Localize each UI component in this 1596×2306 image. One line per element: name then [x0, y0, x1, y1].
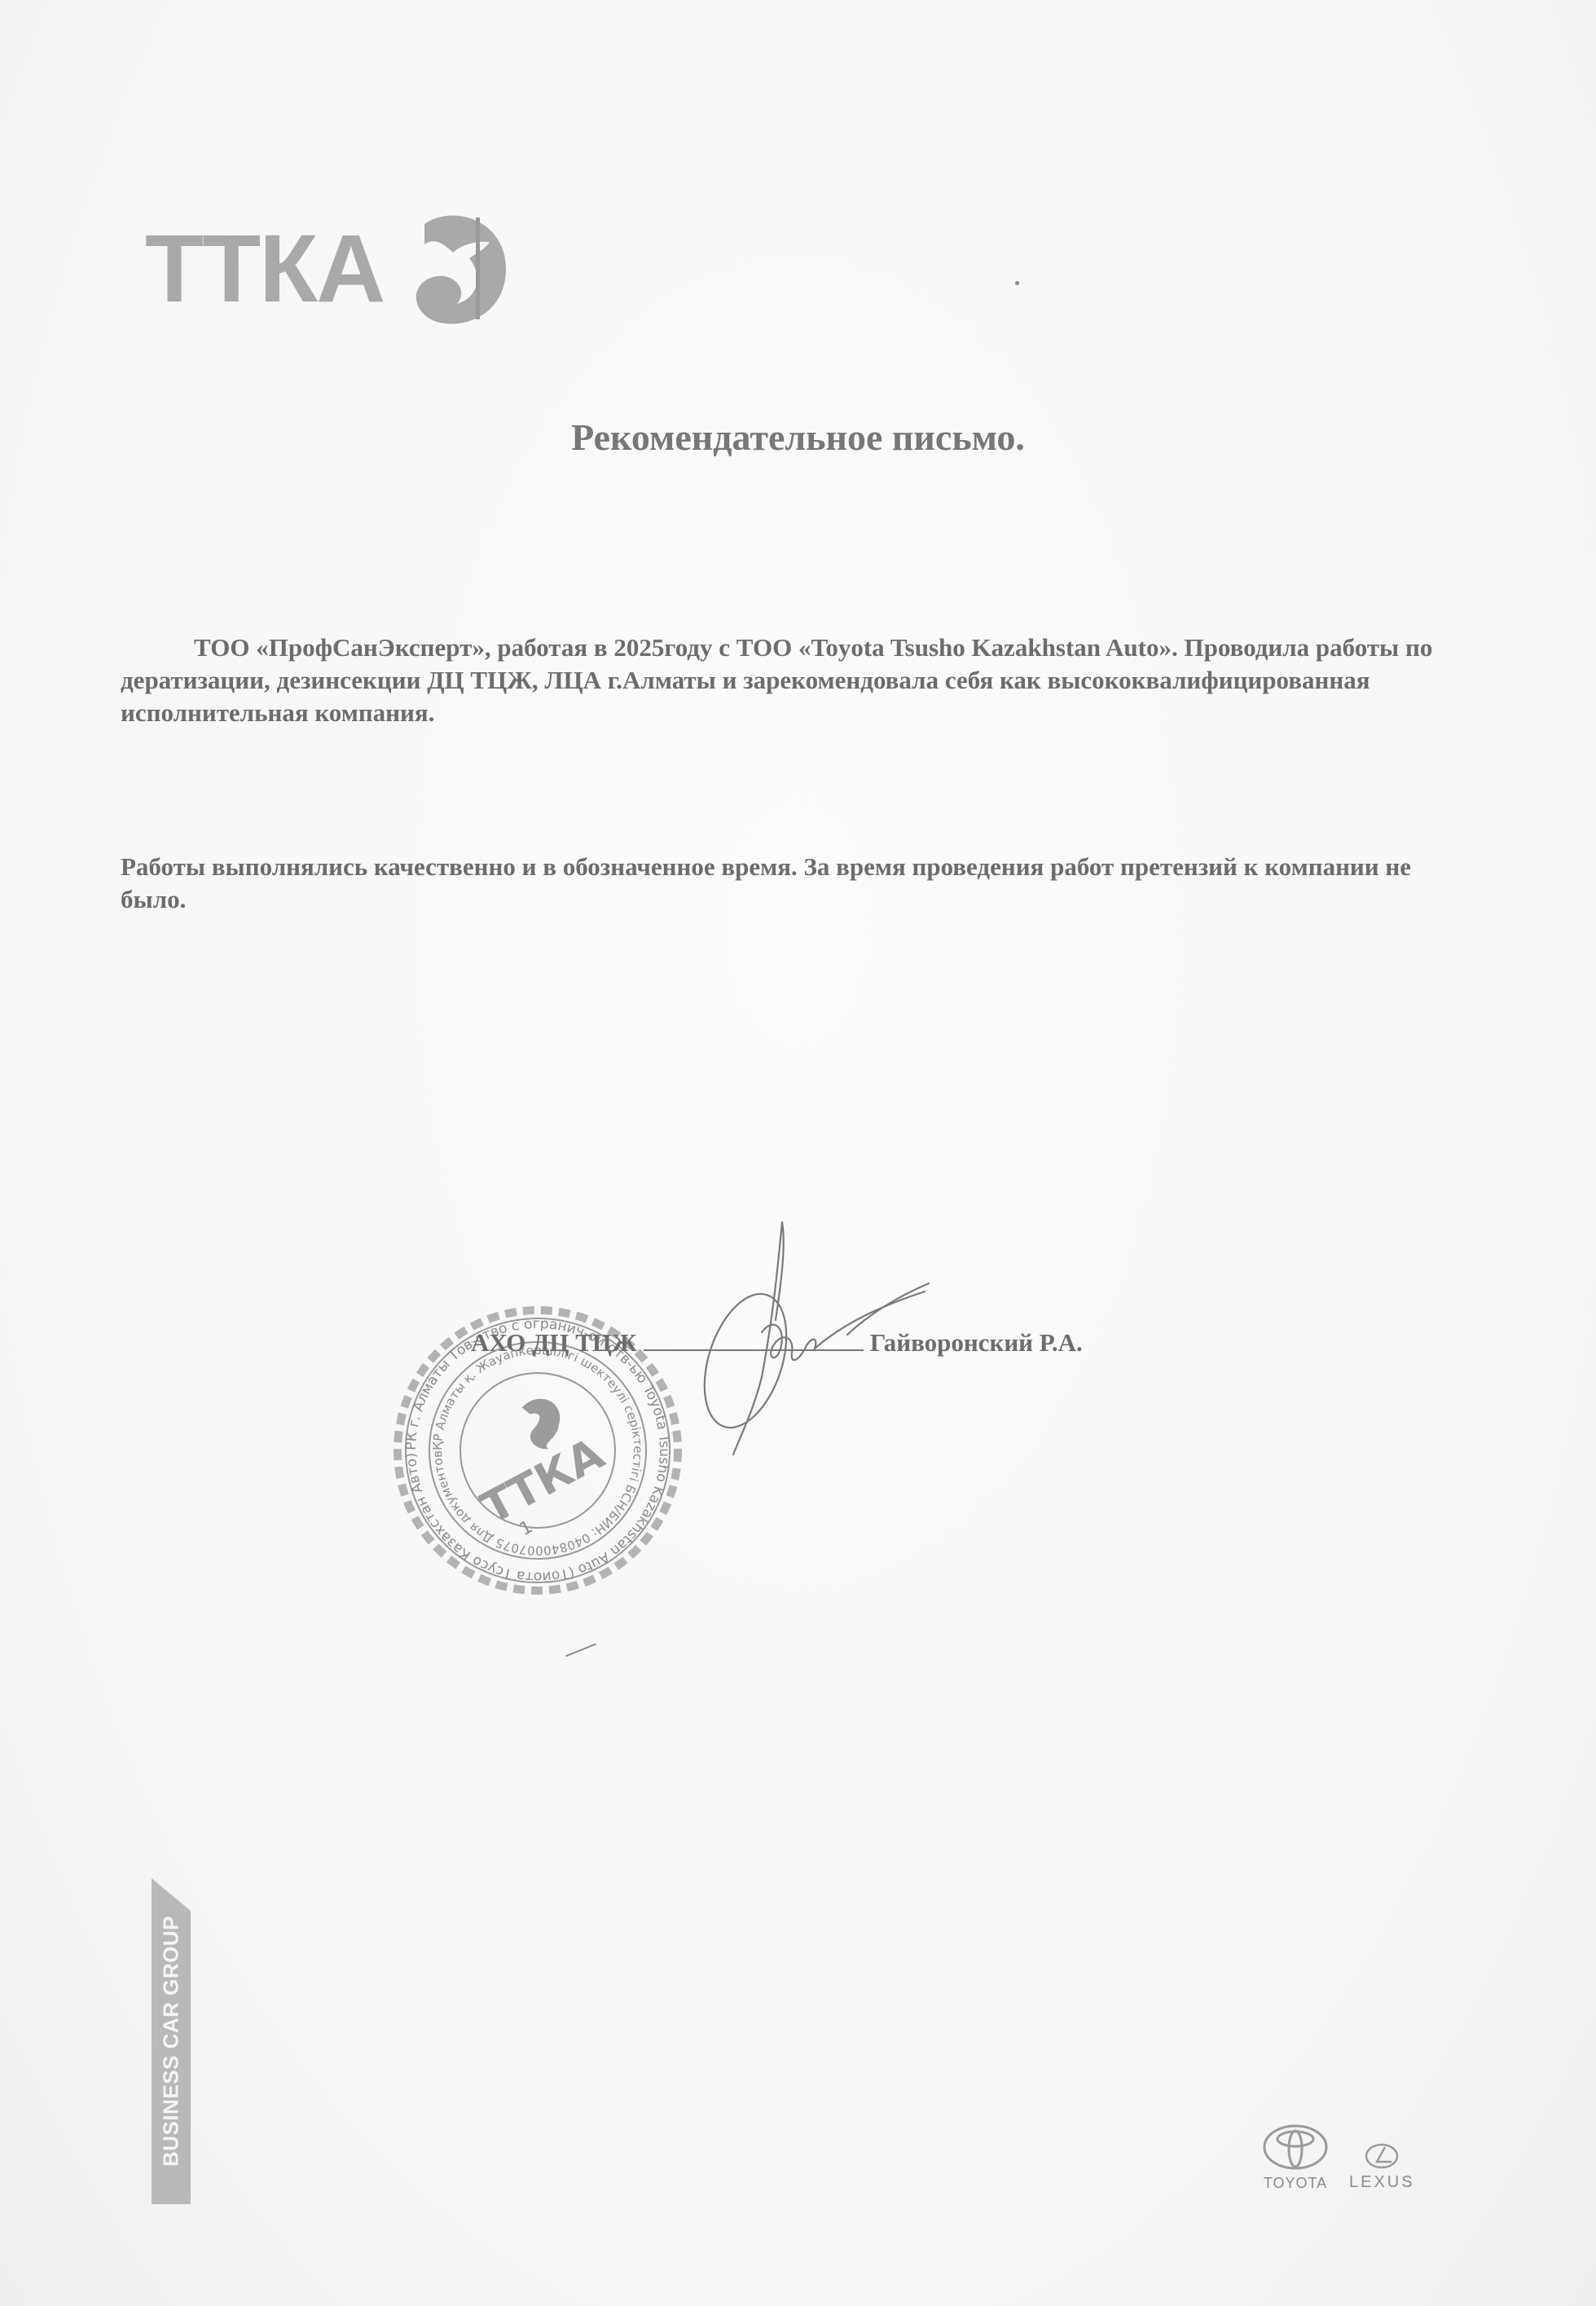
lexus-logo-icon [1364, 2142, 1400, 2170]
lexus-label: LEXUS [1349, 2173, 1415, 2192]
toyota-logo-icon [1261, 2123, 1330, 2172]
business-car-group-banner: BUSINESS CAR GROUP [152, 1878, 191, 2204]
handwritten-signature-icon [684, 1214, 953, 1459]
brand-lexus: LEXUS [1349, 2142, 1415, 2192]
ttka-logo: ТТКА [145, 208, 510, 330]
letter-page: ТТКА Рекомендательное письмо. ТОО «ПрофС… [0, 0, 1596, 2306]
paragraph-1-text: ТОО «ПрофСанЭксперт», работая в 2025году… [121, 633, 1432, 727]
ttka-swirl-logo-icon [404, 208, 510, 330]
signatory-position: АХО ДЦ ТЦЖ [471, 1328, 637, 1358]
letter-title: Рекомендательное письмо. [0, 416, 1596, 459]
banner-text: BUSINESS CAR GROUP [159, 1916, 184, 2167]
brand-logos: TOYOTA LEXUS [1261, 2123, 1415, 2192]
pen-stroke [565, 1644, 596, 1657]
paragraph-2: Работы выполнялись качественно и в обозн… [121, 851, 1457, 916]
speck [1015, 281, 1019, 285]
svg-text:ҚР Алматы қ. Жауапкершілігі ше: ҚР Алматы қ. Жауапкершілігі шектеулі сер… [430, 1343, 645, 1558]
paragraph-1: ТОО «ПрофСанЭксперт», работая в 2025году… [121, 632, 1457, 729]
brand-toyota: TOYOTA [1261, 2123, 1330, 2192]
logo-text: ТТКА [145, 221, 384, 317]
toyota-label: TOYOTA [1264, 2175, 1327, 2192]
